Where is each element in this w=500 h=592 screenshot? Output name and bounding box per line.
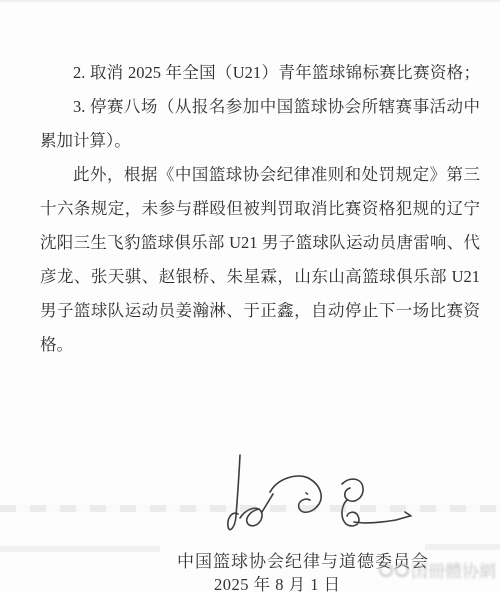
doc-line: 3. 停赛八场（从报名参加中国篮球协会所辖赛事活动中 bbox=[40, 90, 480, 124]
doc-line: 累加计算）。 bbox=[40, 124, 480, 158]
doc-line: 此外，根据《中国篮球协会纪律准则和处罚规定》第三 bbox=[40, 158, 480, 192]
circle-logo-icon bbox=[379, 563, 393, 577]
jpeg-artifact-band bbox=[425, 544, 500, 550]
document-page: 2. 取消 2025 年全国（U21）青年篮球锦标赛比赛资格； 3. 停赛八场（… bbox=[0, 0, 500, 592]
publisher-watermark: 囯冊體协網 bbox=[379, 557, 496, 582]
doc-line: 男子篮球队运动员姜瀚淋、于正鑫，自动停止下一场比赛资 bbox=[40, 294, 480, 328]
doc-line: 2. 取消 2025 年全国（U21）青年篮球锦标赛比赛资格； bbox=[40, 56, 480, 90]
jpeg-artifact-band bbox=[0, 546, 160, 552]
watermark-text: 囯冊體协網 bbox=[411, 557, 496, 582]
document-body: 2. 取消 2025 年全国（U21）青年篮球锦标赛比赛资格； 3. 停赛八场（… bbox=[40, 56, 480, 362]
issue-date: 2025 年 8 月 1 日 bbox=[214, 571, 341, 592]
doc-line: 沈阳三生飞豹篮球俱乐部 U21 男子篮球队运动员唐雷响、代 bbox=[40, 226, 480, 260]
doc-line: 格。 bbox=[40, 328, 480, 362]
jpeg-artifact-band bbox=[0, 505, 500, 512]
doc-line: 十六条规定，未参与群殴但被判罚取消比赛资格犯规的辽宁 bbox=[40, 192, 480, 226]
doc-line: 彦龙、张天骐、赵银桥、朱星霖，山东山高篮球俱乐部 U21 bbox=[40, 260, 480, 294]
signature-handwriting-icon bbox=[226, 448, 416, 540]
jpeg-artifact-band bbox=[0, 0, 500, 2]
circle-logo-icon bbox=[395, 563, 409, 577]
